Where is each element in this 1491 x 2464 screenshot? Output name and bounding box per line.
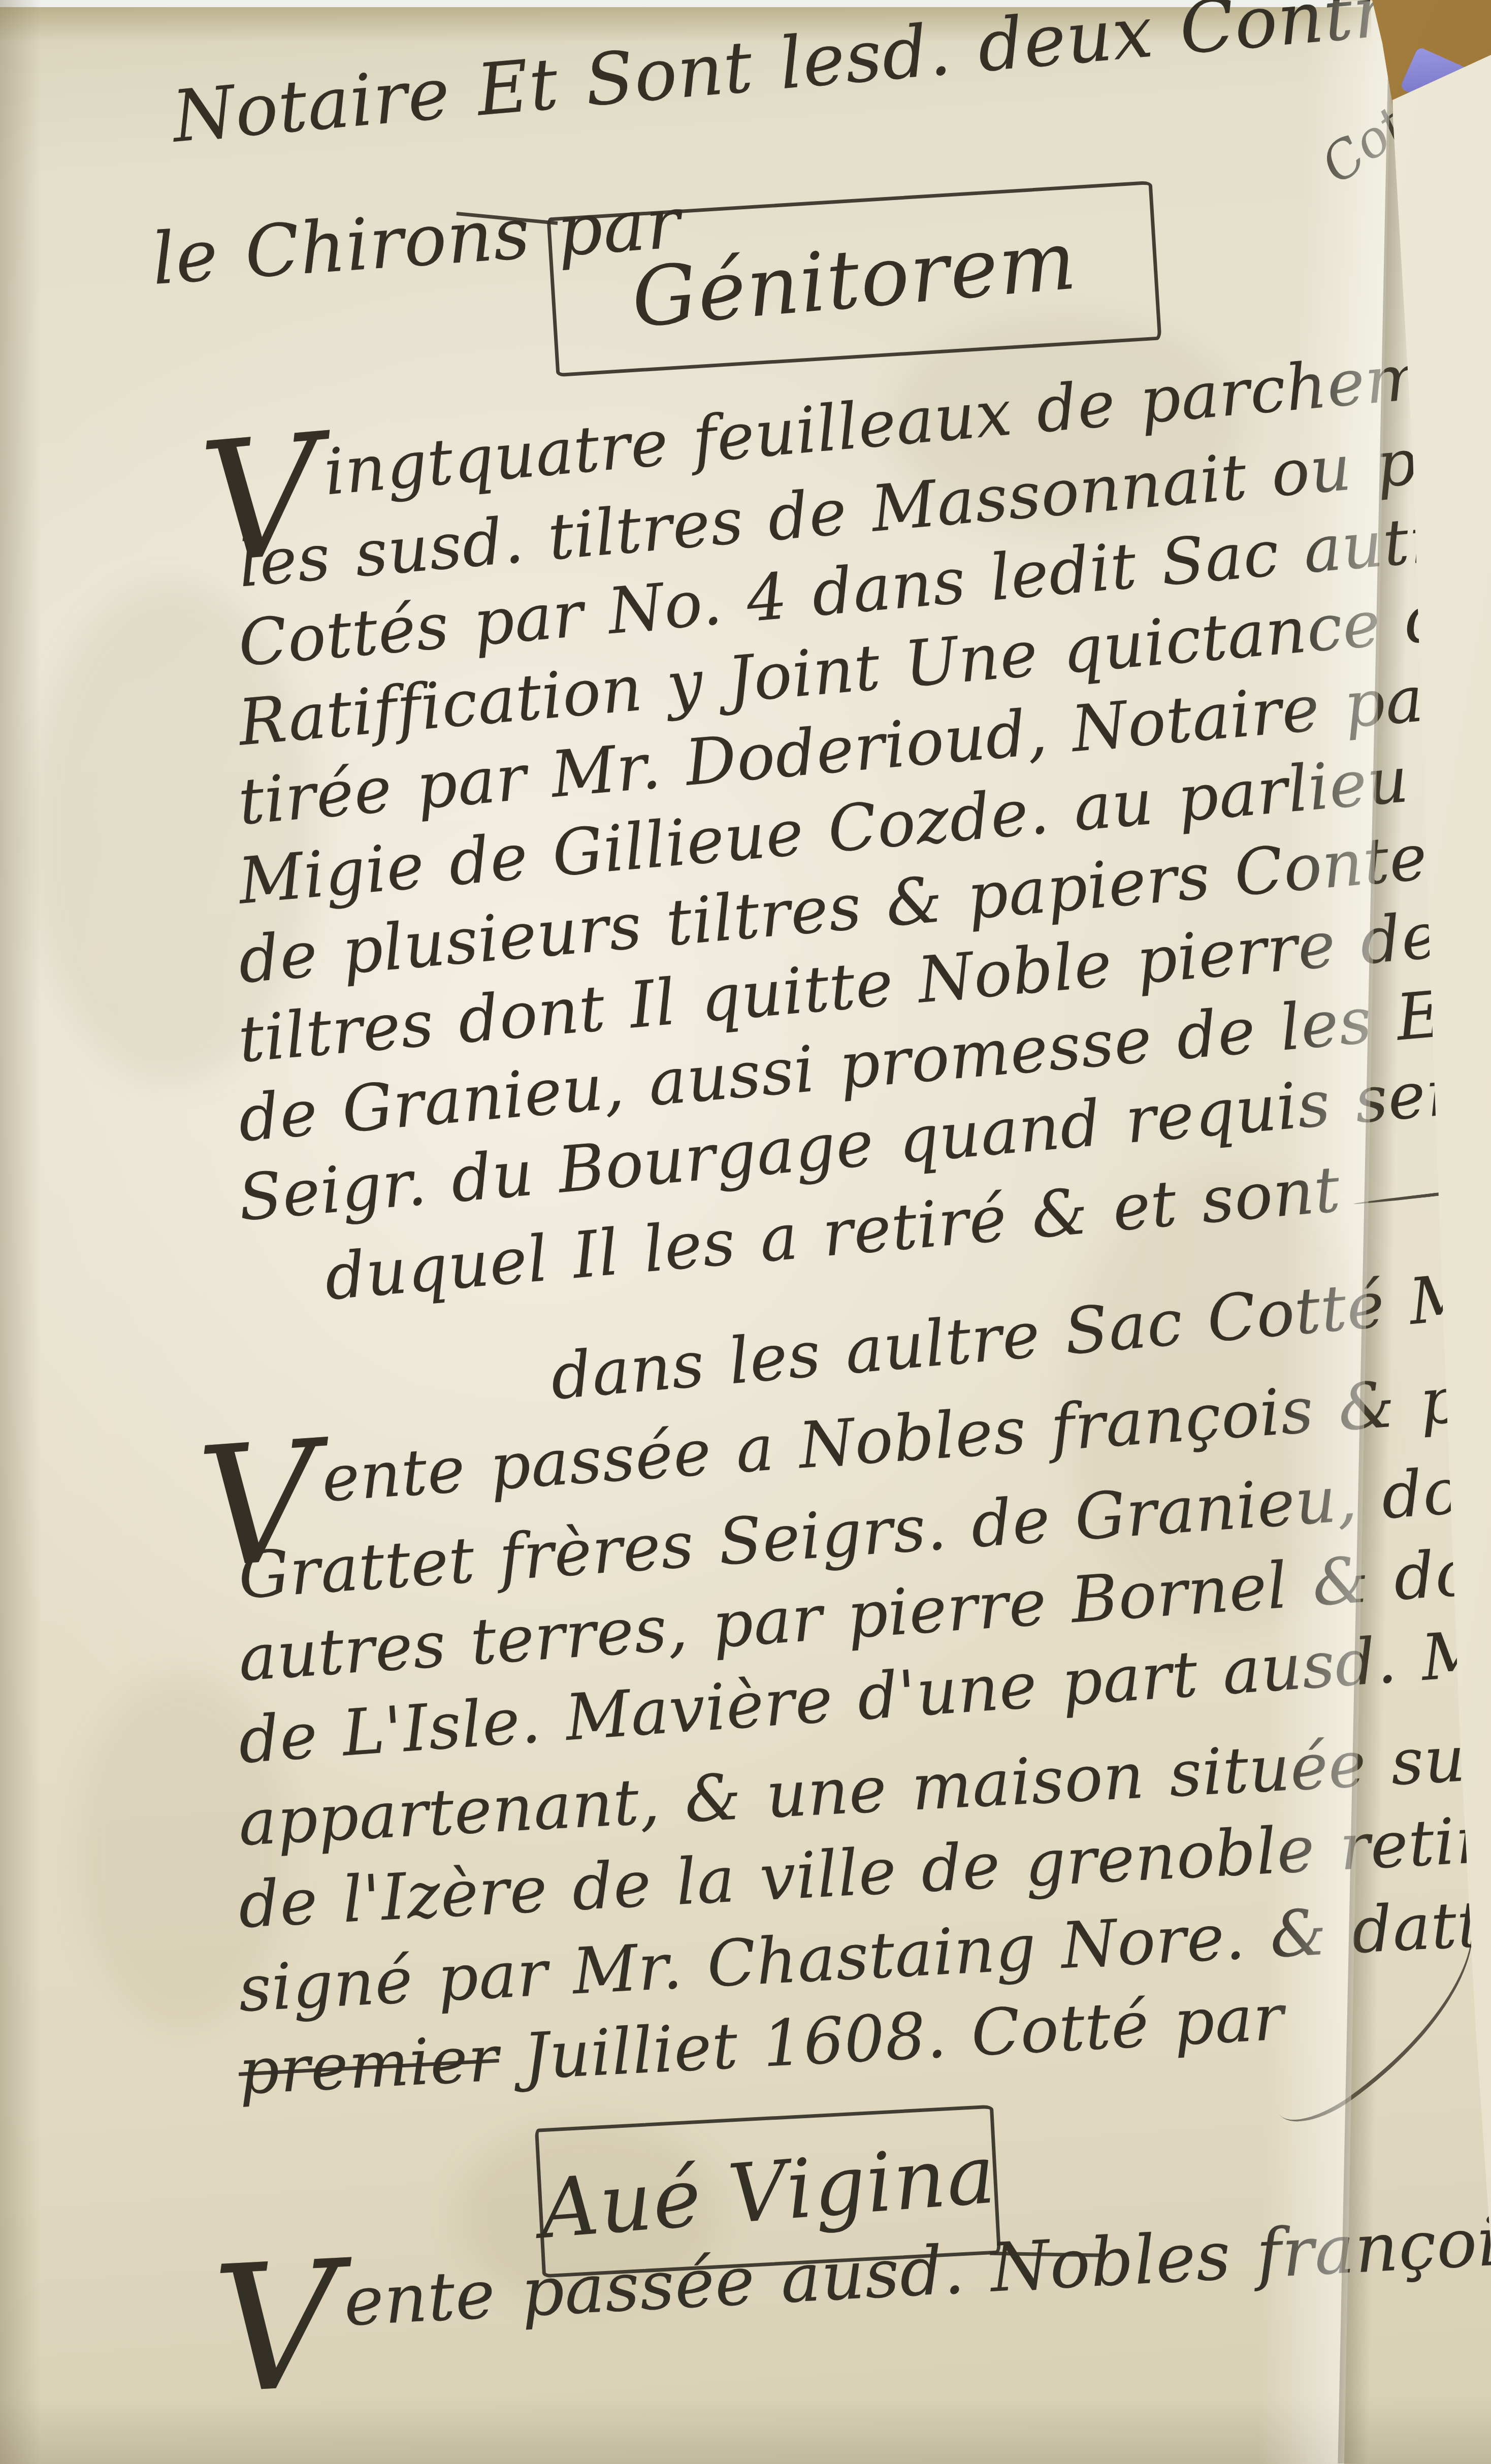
parchment-page: Notaire Et Sont lesd. deux Contracts Cot… bbox=[0, 0, 1491, 2464]
header-line-1: Notaire Et Sont lesd. deux Contracts Cot… bbox=[169, 0, 1491, 159]
manuscript-photo: Notaire Et Sont lesd. deux Contracts Cot… bbox=[0, 0, 1491, 2464]
section-heading-label: Génitorem bbox=[628, 212, 1080, 346]
struck-word: premier bbox=[237, 2022, 501, 2109]
illuminated-initial: V bbox=[209, 2223, 345, 2432]
